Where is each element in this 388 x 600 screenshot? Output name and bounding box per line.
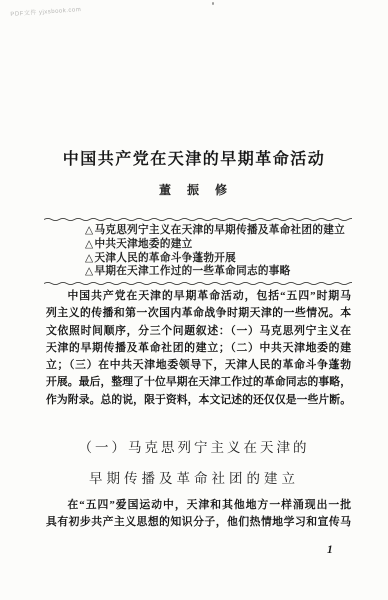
scan-speck xyxy=(212,2,214,5)
article-title: 中国共产党在天津的早期革命活动 xyxy=(0,146,388,169)
paragraph-line: 文依照时间顺序，分三个问题叙述：（一）马克思列宁主义在 xyxy=(46,323,351,340)
abstract-item-list: △马克思列宁主义在天津的早期传播及革命社团的建立 △中共天津地委的建立 △天津人… xyxy=(44,222,352,281)
section-heading: （一）马克思列宁主义在天津的 早期传播及革命社团的建立 xyxy=(0,436,388,487)
paragraph-line: 列主义的传播和第一次国内革命战争时期天津的一些情况。本 xyxy=(46,305,351,322)
paragraph-line: 中国共产党在天津的早期革命活动，包括“五四”时期马 xyxy=(46,288,351,305)
intro-paragraph: 中国共产党在天津的早期革命活动，包括“五四”时期马 列主义的传播和第一次国内革命… xyxy=(46,288,351,409)
paragraph-line: 在“五四”爱国运动中，天津和其他地方一样涌现出一批 xyxy=(46,497,351,514)
abstract-item-text: 中共天津地委的建立 xyxy=(94,239,192,250)
paragraph-line: 天津的早期传播及革命社团的建立；（二）中共天津地委的建 xyxy=(46,340,351,357)
page-number: 1 xyxy=(327,544,333,556)
abstract-item-text: 马克思列宁主义在天津的早期传播及革命社团的建立 xyxy=(94,225,345,236)
abstract-item: △天津人民的革命斗争蓬勃开展 xyxy=(85,252,352,266)
triangle-bullet-icon: △ xyxy=(85,239,93,250)
paragraph-line: 立；（三）在中共天津地委领导下，天津人民的革命斗争蓬勃 xyxy=(46,357,351,374)
paragraph-line: 开展。最后，整理了十位早期在天津工作过的革命同志的事略， xyxy=(46,374,351,391)
triangle-bullet-icon: △ xyxy=(85,253,93,264)
section-heading-line2: 早期传播及革命社团的建立 xyxy=(0,467,388,487)
watermark-text: PDF文件 yjxsbook.com xyxy=(10,4,81,18)
paragraph-line: 具有初步共产主义思想的知识分子，他们热情地学习和宣传马 xyxy=(46,514,351,531)
section-heading-line1: （一）马克思列宁主义在天津的 xyxy=(0,436,388,456)
paragraph-line: 作为附录。总的说，限于资料，本文记述的还仅仅是一些片断。 xyxy=(46,392,351,409)
scanned-document-page: PDF文件 yjxsbook.com 中国共产党在天津的早期革命活动 董 振 修… xyxy=(0,0,388,600)
triangle-bullet-icon: △ xyxy=(85,225,93,236)
author-name: 董 振 修 xyxy=(0,181,388,198)
abstract-item: △马克思列宁主义在天津的早期传播及革命社团的建立 xyxy=(85,224,352,238)
abstract-item: △中共天津地委的建立 xyxy=(85,238,352,252)
abstract-item-text: 早期在天津工作过的一些革命同志的事略 xyxy=(94,266,290,277)
abstract-item-text: 天津人民的革命斗争蓬勃开展 xyxy=(94,253,236,264)
triangle-bullet-icon: △ xyxy=(85,266,93,277)
abstract-box: △马克思列宁主义在天津的早期传播及革命社团的建立 △中共天津地委的建立 △天津人… xyxy=(44,217,352,286)
wavy-divider-bottom xyxy=(44,281,352,286)
body-paragraph: 在“五四”爱国运动中，天津和其他地方一样涌现出一批 具有初步共产主义思想的知识分… xyxy=(46,497,351,532)
abstract-item: △早期在天津工作过的一些革命同志的事略 xyxy=(85,265,352,279)
